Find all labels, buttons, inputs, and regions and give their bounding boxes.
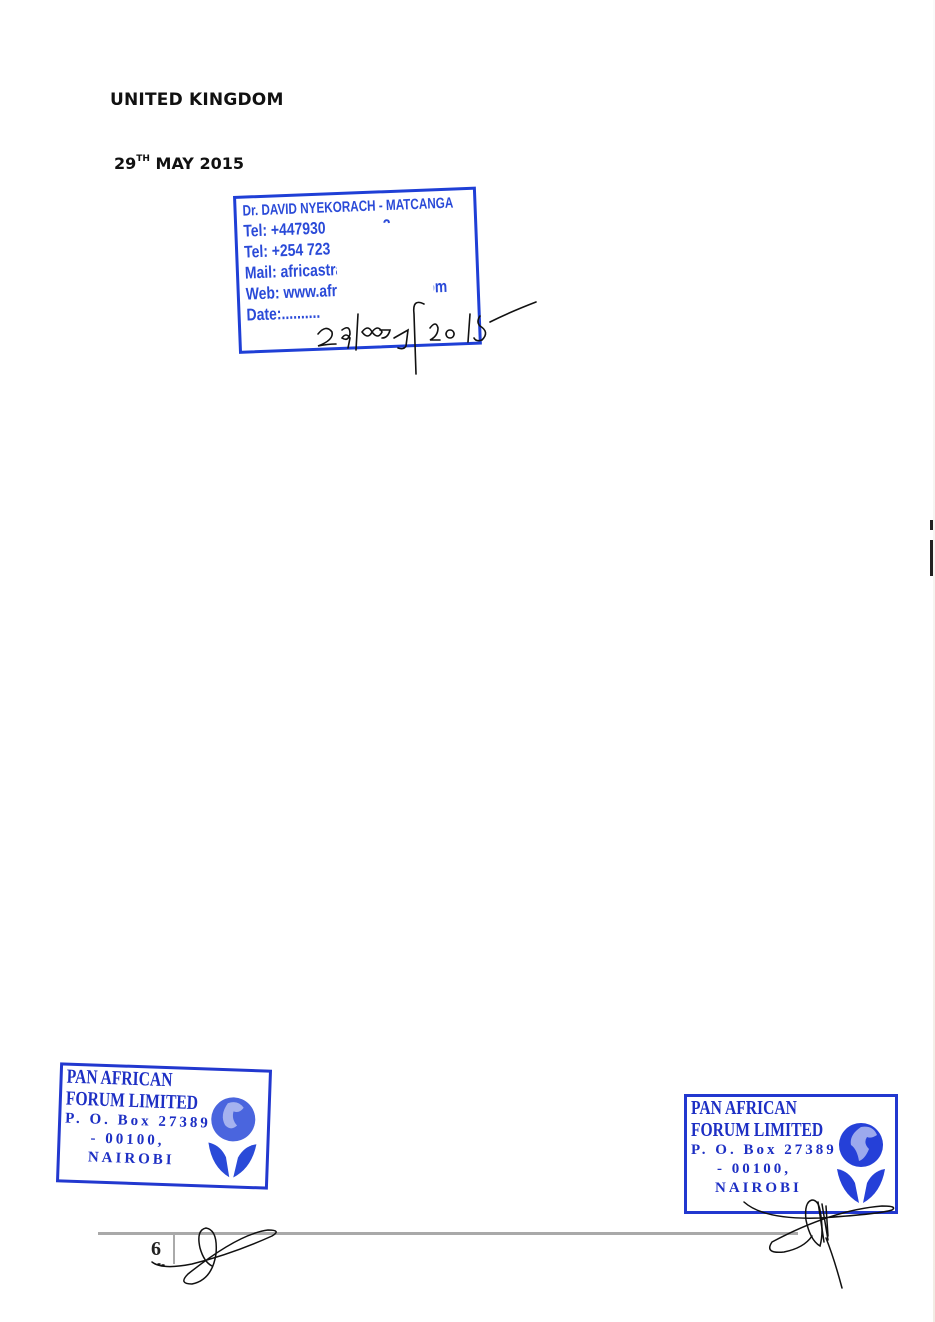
document-date: 29TH MAY 2015 [114,154,244,173]
signature-right [740,1198,900,1294]
signature-left [148,1228,288,1288]
scan-mark [930,540,933,576]
company-stamp-left: PAN AFRICAN FORUM LIMITED P. O. Box 2738… [56,1062,272,1189]
globe-icon [831,1117,889,1205]
date-suffix: TH [136,154,150,164]
company-stamp-right: PAN AFRICAN FORUM LIMITED P. O. Box 2738… [684,1094,898,1214]
date-day: 29 [114,154,136,173]
scan-mark [930,520,933,530]
redaction [335,221,434,297]
handwritten-date-signature [300,290,540,380]
country-heading: UNITED KINGDOM [110,90,284,110]
stamp-line-1: PAN AFRICAN [691,1097,850,1119]
globe-icon [201,1090,262,1180]
date-rest: MAY 2015 [156,154,244,173]
stamp-line-2: FORUM LIMITED [691,1119,850,1141]
